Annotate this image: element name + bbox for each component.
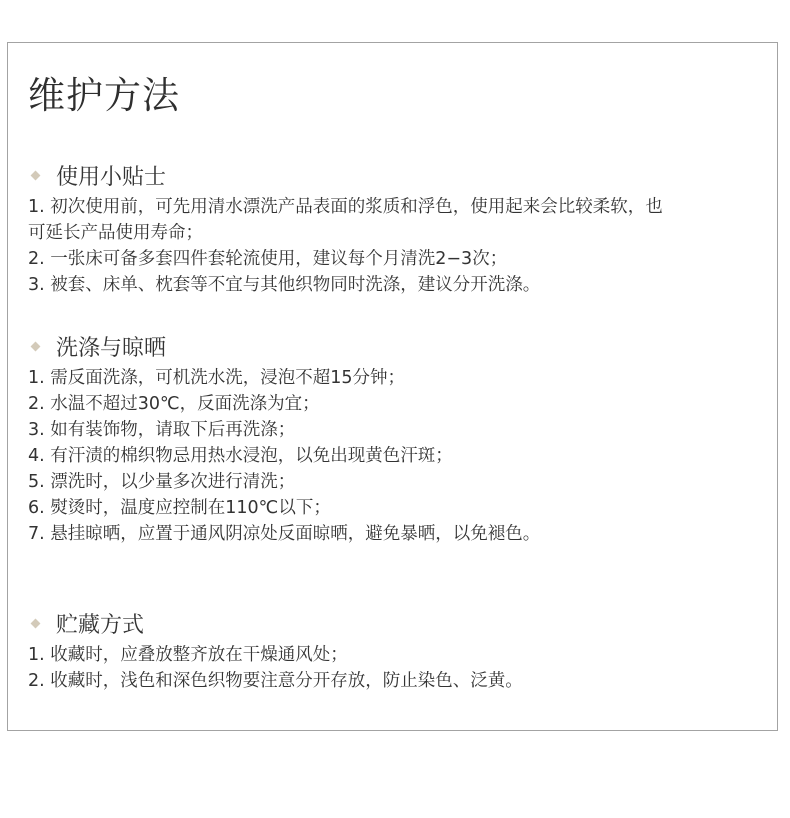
list-item: 2. 一张床可备多套四件套轮流使用，建议每个月清洗2−3次； [28, 246, 767, 272]
section-header: 洗涤与晾晒 [28, 331, 767, 361]
list-item: 2. 收藏时，浅色和深色织物要注意分开存放，防止染色、泛黄。 [28, 668, 767, 694]
section-title: 贮藏方式 [56, 608, 144, 639]
section-storage: 贮藏方式 1. 收藏时，应叠放整齐放在干燥通风处； 2. 收藏时，浅色和深色织物… [28, 608, 767, 694]
list-item-continuation: 可延长产品使用寿命； [28, 220, 767, 246]
page-title: 维护方法 [28, 73, 180, 119]
section-body: 1. 需反面洗涤，可机洗水洗，浸泡不超15分钟； 2. 水温不超过30℃，反面洗… [28, 365, 767, 547]
section-usage-tips: 使用小贴士 1. 初次使用前，可先用清水漂洗产品表面的浆质和浮色，使用起来会比较… [28, 160, 767, 298]
list-item: 6. 熨烫时，温度应控制在110℃以下； [28, 495, 767, 521]
list-item: 3. 被套、床单、枕套等不宜与其他织物同时洗涤，建议分开洗涤。 [28, 272, 767, 298]
section-title: 使用小贴士 [56, 160, 166, 191]
section-body: 1. 初次使用前，可先用清水漂洗产品表面的浆质和浮色，使用起来会比较柔软，也 可… [28, 194, 767, 298]
list-item: 2. 水温不超过30℃，反面洗涤为宜； [28, 391, 767, 417]
care-instructions-panel: 维护方法 使用小贴士 1. 初次使用前，可先用清水漂洗产品表面的浆质和浮色，使用… [7, 42, 778, 731]
diamond-bullet-icon [31, 341, 41, 351]
list-item: 1. 初次使用前，可先用清水漂洗产品表面的浆质和浮色，使用起来会比较柔软，也 [28, 194, 767, 220]
list-item: 3. 如有装饰物，请取下后再洗涤； [28, 417, 767, 443]
list-item: 7. 悬挂晾晒，应置于通风阴凉处反面晾晒，避免暴晒，以免褪色。 [28, 521, 767, 547]
section-washing-drying: 洗涤与晾晒 1. 需反面洗涤，可机洗水洗，浸泡不超15分钟； 2. 水温不超过3… [28, 331, 767, 547]
section-header: 贮藏方式 [28, 608, 767, 638]
diamond-bullet-icon [31, 170, 41, 180]
diamond-bullet-icon [31, 618, 41, 628]
section-title: 洗涤与晾晒 [56, 331, 166, 362]
section-body: 1. 收藏时，应叠放整齐放在干燥通风处； 2. 收藏时，浅色和深色织物要注意分开… [28, 642, 767, 694]
list-item: 1. 需反面洗涤，可机洗水洗，浸泡不超15分钟； [28, 365, 767, 391]
list-item: 5. 漂洗时，以少量多次进行清洗； [28, 469, 767, 495]
list-item: 1. 收藏时，应叠放整齐放在干燥通风处； [28, 642, 767, 668]
list-item: 4. 有汗渍的棉织物忌用热水浸泡，以免出现黄色汗斑； [28, 443, 767, 469]
section-header: 使用小贴士 [28, 160, 767, 190]
